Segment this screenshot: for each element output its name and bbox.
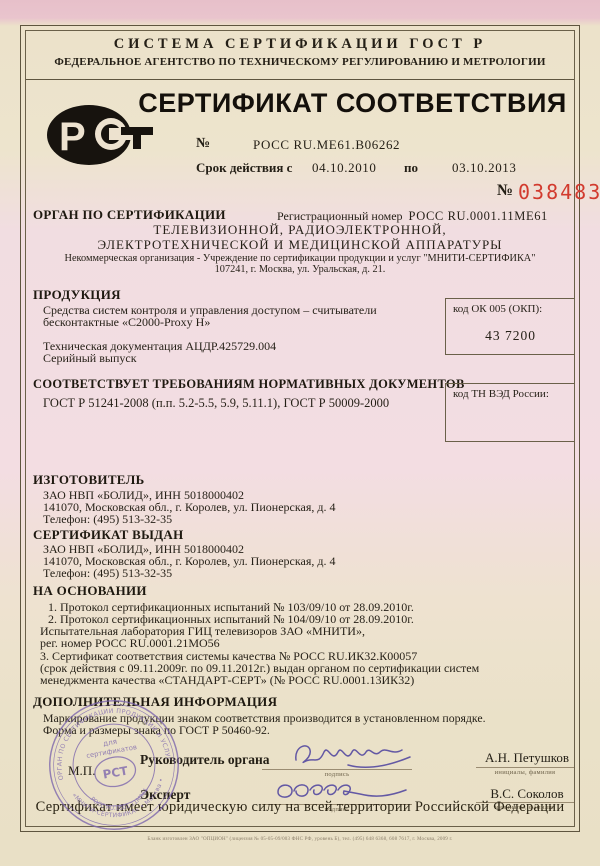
tnved-code-box: код ТН ВЭД России:: [445, 383, 575, 442]
org-reg-number: РОСС RU.0001.11МЕ61: [409, 209, 548, 223]
issued-to-line3: Телефон: (495) 513-32-35: [43, 567, 172, 579]
certification-stamp: ОРГАН ПО СЕРТИФИКАЦИИ ПРОДУКЦИИ И УСЛУГ …: [17, 678, 212, 852]
validity-label: Срок действия с: [196, 160, 292, 176]
system-title: СИСТЕМА СЕРТИФИКАЦИИ ГОСТ Р: [20, 36, 580, 53]
product-heading: ПРОДУКЦИЯ: [33, 287, 121, 303]
cert-number: РОСС RU.ME61.B06262: [253, 137, 400, 153]
head-signature-line: [262, 769, 412, 770]
org-name-line1: ТЕЛЕВИЗИОННОЙ, РАДИОЭЛЕКТРОННОЙ,: [20, 222, 580, 238]
org-reg-label: Регистрационный номер: [277, 209, 403, 223]
product-line2: бесконтактные «С2000-Proxy H»: [43, 316, 210, 328]
svg-text:«МНИТИ-СЕРТИФИКА» • Москва •: «МНИТИ-СЕРТИФИКА» • Москва •: [70, 776, 171, 827]
basis-line: менеджмента качества «СТАНДАРТ-СЕРТ» (№ …: [40, 674, 414, 686]
header-divider: [26, 79, 574, 80]
serial-number-label: №: [497, 182, 513, 200]
stamp-rst-logo: РСТ: [102, 763, 129, 781]
stamp-ring-bottom-text: «МНИТИ-СЕРТИФИКА» • Москва •: [70, 776, 171, 827]
valid-to: 03.10.2013: [452, 160, 517, 176]
okp-code-box: код ОК 005 (ОКП): 43 7200: [445, 298, 575, 355]
basis-heading: НА ОСНОВАНИИ: [33, 583, 147, 599]
tnved-code-label: код ТН ВЭД России:: [453, 388, 549, 400]
product-serial-line: Серийный выпуск: [43, 352, 137, 364]
issued-to-heading: СЕРТИФИКАТ ВЫДАН: [33, 527, 184, 543]
head-name: А.Н. Петушков: [480, 750, 574, 766]
cert-number-label: №: [196, 136, 210, 152]
manufacturer-line3: Телефон: (495) 513-32-35: [43, 513, 172, 525]
head-signature: [290, 740, 420, 770]
certificate-page: СИСТЕМА СЕРТИФИКАЦИИ ГОСТ Р ФЕДЕРАЛЬНОЕ …: [0, 0, 600, 866]
head-name-line: [476, 767, 574, 768]
manufacturer-heading: ИЗГОТОВИТЕЛЬ: [33, 472, 144, 488]
valid-from: 04.10.2010: [312, 160, 377, 176]
valid-to-label: по: [404, 160, 418, 176]
okp-code-label: код ОК 005 (ОКП):: [453, 303, 542, 315]
rst-logo-icon: Р: [45, 103, 163, 169]
org-details: Некоммерческая организация - Учреждение …: [20, 253, 580, 264]
org-name-line2: ЭЛЕКТРОТЕХНИЧЕСКОЙ И МЕДИЦИНСКОЙ АППАРАТ…: [20, 237, 580, 253]
head-name-caption: инициалы, фамилия: [476, 769, 574, 776]
svg-text:Р: Р: [59, 115, 86, 159]
agency-title: ФЕДЕРАЛЬНОЕ АГЕНТСТВО ПО ТЕХНИЧЕСКОМУ РЕ…: [20, 56, 580, 68]
document-title: СЕРТИФИКАТ СООТВЕТСТВИЯ: [135, 88, 570, 119]
compliance-heading: СООТВЕТСТВУЕТ ТРЕБОВАНИЯМ НОРМАТИВНЫХ ДО…: [33, 377, 465, 392]
compliance-documents: ГОСТ Р 51241-2008 (п.п. 5.2-5.5, 5.9, 5.…: [43, 396, 389, 411]
basis-line: рег. номер РОСС RU.0001.21МО56: [40, 637, 220, 649]
serial-number: 0384837: [518, 180, 600, 204]
org-heading: ОРГАН ПО СЕРТИФИКАЦИИ: [33, 207, 226, 223]
org-address: 107241, г. Москва, ул. Уральская, д. 21.: [20, 264, 580, 275]
okp-code-value: 43 7200: [446, 328, 575, 344]
